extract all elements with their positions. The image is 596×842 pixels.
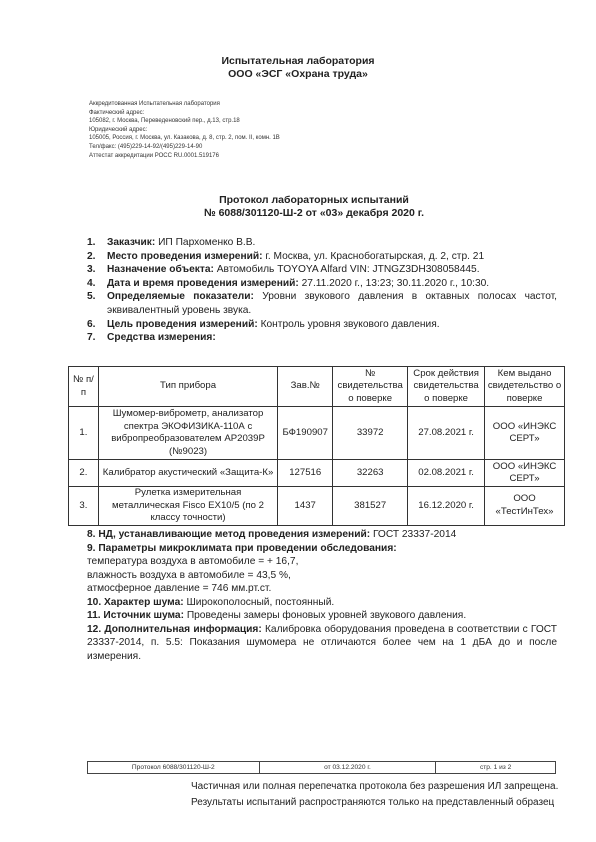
lab-name: Испытательная лаборатория: [0, 55, 596, 68]
address-line: 105005, Россия, г. Москва, ул. Казакова,…: [89, 134, 280, 143]
lab-address-block: Аккредитованная Испытательная лаборатори…: [89, 100, 280, 160]
list-item-10: 10. Характер шума: Широкополосный, посто…: [87, 596, 557, 610]
header-cell: № свидетельства о поверке: [333, 367, 408, 407]
protocol-number: № 6088/301120-Ш-2 от «03» декабря 2020 г…: [0, 207, 596, 220]
protocol-title: Протокол лабораторных испытаний № 6088/3…: [0, 194, 596, 220]
table-row: 1. Шумомер-виброметр, анализатор спектра…: [69, 407, 565, 460]
list-item-12: 12. Дополнительная информация: Калибровк…: [87, 623, 557, 664]
table-row: 3. Рулетка измерительная металлическая F…: [69, 487, 565, 526]
protocol-items: 1. Заказчик: ИП Пархоменко В.В. 2. Место…: [87, 236, 557, 345]
list-item-9: 9. Параметры микроклимата при проведении…: [87, 542, 557, 556]
footer-date: от 03.12.2020 г.: [259, 762, 436, 774]
header-cell: № п/п: [69, 367, 99, 407]
list-item-8: 8. НД, устанавливающие метод проведения …: [87, 528, 557, 542]
lab-title: Испытательная лаборатория ООО «ЭСГ «Охра…: [0, 55, 596, 81]
list-item: 2. Место проведения измерений: г. Москва…: [87, 250, 557, 264]
address-line: 105082, г. Москва, Переведеновский пер.,…: [89, 117, 280, 126]
address-line: Тел/факс: (495)229-14-92/(495)229-14-90: [89, 143, 280, 152]
list-item: 5. Определяемые показатели: Уровни звуко…: [87, 290, 557, 317]
address-line: Аттестат аккредитации РОСС RU.0001.51917…: [89, 152, 280, 161]
reprint-notice: Частичная или полная перепечатка протоко…: [191, 779, 558, 795]
list-item: 4. Дата и время проведения измерений: 27…: [87, 277, 557, 291]
header-cell: Зав.№: [278, 367, 333, 407]
header-cell: Тип прибора: [98, 367, 277, 407]
footer-page-number: стр. 1 из 2: [436, 762, 556, 774]
address-line: Аккредитованная Испытательная лаборатори…: [89, 100, 280, 109]
microclimate-temperature: температура воздуха в автомобиле = + 16,…: [87, 555, 557, 569]
footer-protocol-ref: Протокол 6088/301120-Ш-2: [88, 762, 260, 774]
lab-org: ООО «ЭСГ «Охрана труда»: [0, 68, 596, 81]
microclimate-pressure: атмосферное давление = 746 мм.рт.ст.: [87, 582, 557, 596]
table-row: 2. Калибратор акустический «Защита-К» 12…: [69, 460, 565, 487]
list-item: 7. Средства измерения:: [87, 331, 557, 345]
results-notice: Результаты испытаний распространяются то…: [191, 795, 558, 811]
protocol-items-continued: 8. НД, устанавливающие метод проведения …: [87, 528, 557, 663]
address-line: Юридический адрес:: [89, 126, 280, 135]
address-line: Фактический адрес:: [89, 109, 280, 118]
table-header-row: № п/п Тип прибора Зав.№ № свидетельства …: [69, 367, 565, 407]
footer-notes: Частичная или полная перепечатка протоко…: [191, 779, 558, 810]
list-item: 3. Назначение объекта: Автомобиль TOYOYA…: [87, 263, 557, 277]
list-item-11: 11. Источник шума: Проведены замеры фоно…: [87, 609, 557, 623]
list-item: 6. Цель проведения измерений: Контроль у…: [87, 318, 557, 332]
instruments-table: № п/п Тип прибора Зав.№ № свидетельства …: [68, 366, 565, 526]
header-cell: Кем выдано свидетельство о поверке: [485, 367, 565, 407]
header-cell: Срок действия свидетельства о поверке: [408, 367, 485, 407]
microclimate-humidity: влажность воздуха в автомобиле = 43,5 %,: [87, 569, 557, 583]
protocol-title-line: Протокол лабораторных испытаний: [0, 194, 596, 207]
page-footer: Протокол 6088/301120-Ш-2 от 03.12.2020 г…: [87, 761, 556, 774]
list-item: 1. Заказчик: ИП Пархоменко В.В.: [87, 236, 557, 250]
